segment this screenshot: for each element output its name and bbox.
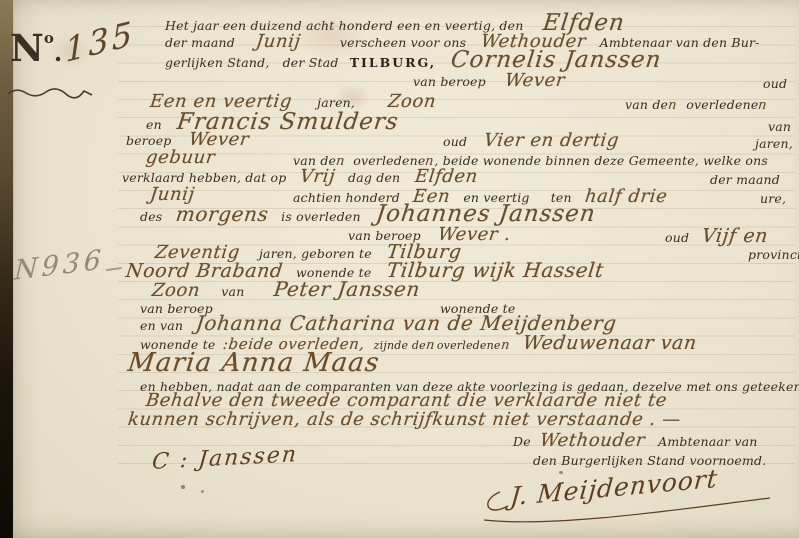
- entry-exception-2: kunnen schrijven, als de schrijfkunst ni…: [127, 409, 683, 430]
- line-late-wife-name: Maria Anna Maas: [128, 348, 380, 378]
- printed-der-maand-2: der maand: [710, 172, 780, 187]
- entry-declarant2-age: Vier en dertig: [483, 130, 621, 151]
- line-exception-note-2: kunnen schrijven, als de schrijfkunst ni…: [128, 409, 681, 430]
- inserted-n: n: [425, 338, 436, 353]
- act-number-value: 135: [65, 13, 136, 70]
- label-der-maand-2: der maand: [710, 169, 780, 188]
- label-oud: oud: [763, 73, 787, 92]
- pencil-annotation: N936: [14, 244, 106, 287]
- book-binding-edge: [0, 0, 14, 538]
- line-declarant1-profession: van beroep Wever: [413, 70, 565, 91]
- line-van-den-overledenen-1: van den overledenen: [625, 94, 767, 113]
- printed-jaren: jaren,: [317, 95, 355, 110]
- printed-burgerlijken-stand: gerlijken Stand,: [165, 55, 270, 70]
- printed-de: De: [513, 434, 531, 449]
- entry-official-title-2: Wethouder: [539, 430, 647, 451]
- printed-van: van: [768, 119, 791, 134]
- pencil-dash: [106, 267, 122, 271]
- inserted-n: n: [667, 98, 678, 113]
- printed-is-overleden: is overleden: [281, 209, 361, 224]
- act-number-prefix: N: [10, 26, 44, 70]
- printed-beide-wonende: , beide wonende binnen deze Gemeente, we…: [434, 153, 768, 168]
- label-ure: ure,: [760, 188, 786, 207]
- act-number: No.135: [10, 22, 136, 70]
- label-provincie: provincie: [748, 244, 799, 263]
- printed-van-de: van de: [625, 97, 668, 112]
- printed-der-stad: der Stad: [283, 55, 339, 70]
- printed-ure: ure,: [760, 191, 786, 206]
- ink-speck: [201, 490, 204, 493]
- printed-jaren-2: jaren,: [755, 136, 793, 151]
- printed-dag-den: dag den: [348, 170, 400, 185]
- label-van-beroep: van beroep: [413, 74, 486, 89]
- margin-flourish: [6, 86, 98, 100]
- printed-verklaard: verklaard hebben, dat op: [122, 170, 287, 185]
- label-beroep: beroep: [126, 133, 172, 148]
- signature-declarant: C : Janssen: [151, 442, 299, 475]
- entry-time-of-day: morgens: [174, 202, 270, 226]
- inserted-n: n: [758, 98, 769, 113]
- printed-overledene: overledene: [686, 97, 758, 112]
- inserted-n: n: [500, 338, 511, 353]
- signature-official-flourish: [478, 478, 778, 528]
- printed-overledene-3: overledene: [437, 339, 501, 352]
- line-exception-note-1: Behalve den tweede comparant die verklaa…: [146, 390, 667, 411]
- entry-relation-neighbour: gebuur: [145, 147, 217, 168]
- line-official-title-3: den Burgerlijken Stand voornoemd.: [533, 450, 766, 469]
- printed-provincie: provincie: [748, 247, 799, 262]
- printed-oud-2: oud: [443, 134, 467, 149]
- line-declarant2-age: oud Vier en dertig: [443, 130, 619, 151]
- printed-des: des: [140, 209, 162, 224]
- printed-voornoemd: den Burgerlijken Stand voornoemd.: [533, 453, 766, 468]
- ink-speck: [559, 471, 563, 474]
- entry-day-of-month-2: Elfden: [414, 166, 480, 187]
- printed-van-2: van: [221, 284, 244, 299]
- entry-declarant1-profession: Wever: [504, 70, 567, 91]
- printed-oud-3: oud: [665, 230, 689, 245]
- entry-weekday: Vrij: [298, 166, 336, 187]
- entry-widower-of: Weduwenaar van: [521, 332, 698, 354]
- entry-exception-1: Behalve den tweede comparant die verklaa…: [145, 390, 669, 411]
- line-neighbour: gebuur: [146, 147, 215, 168]
- act-number-dot: .: [54, 38, 62, 67]
- line-official-title: De Wethouder Ambtenaar van: [513, 430, 758, 451]
- printed-city-name: TILBURG,: [350, 55, 436, 70]
- act-number-superscript: o: [44, 29, 54, 47]
- printed-oud: oud: [763, 76, 787, 91]
- printed-en-van: en van: [140, 318, 183, 333]
- printed-ambtenaar-2: Ambtenaar van: [658, 434, 757, 449]
- death-certificate-scan: No.135 N936 Het jaar een duizend acht ho…: [0, 0, 799, 538]
- entry-wife-name: Maria Anna Maas: [126, 348, 381, 378]
- ink-speck: [181, 485, 185, 489]
